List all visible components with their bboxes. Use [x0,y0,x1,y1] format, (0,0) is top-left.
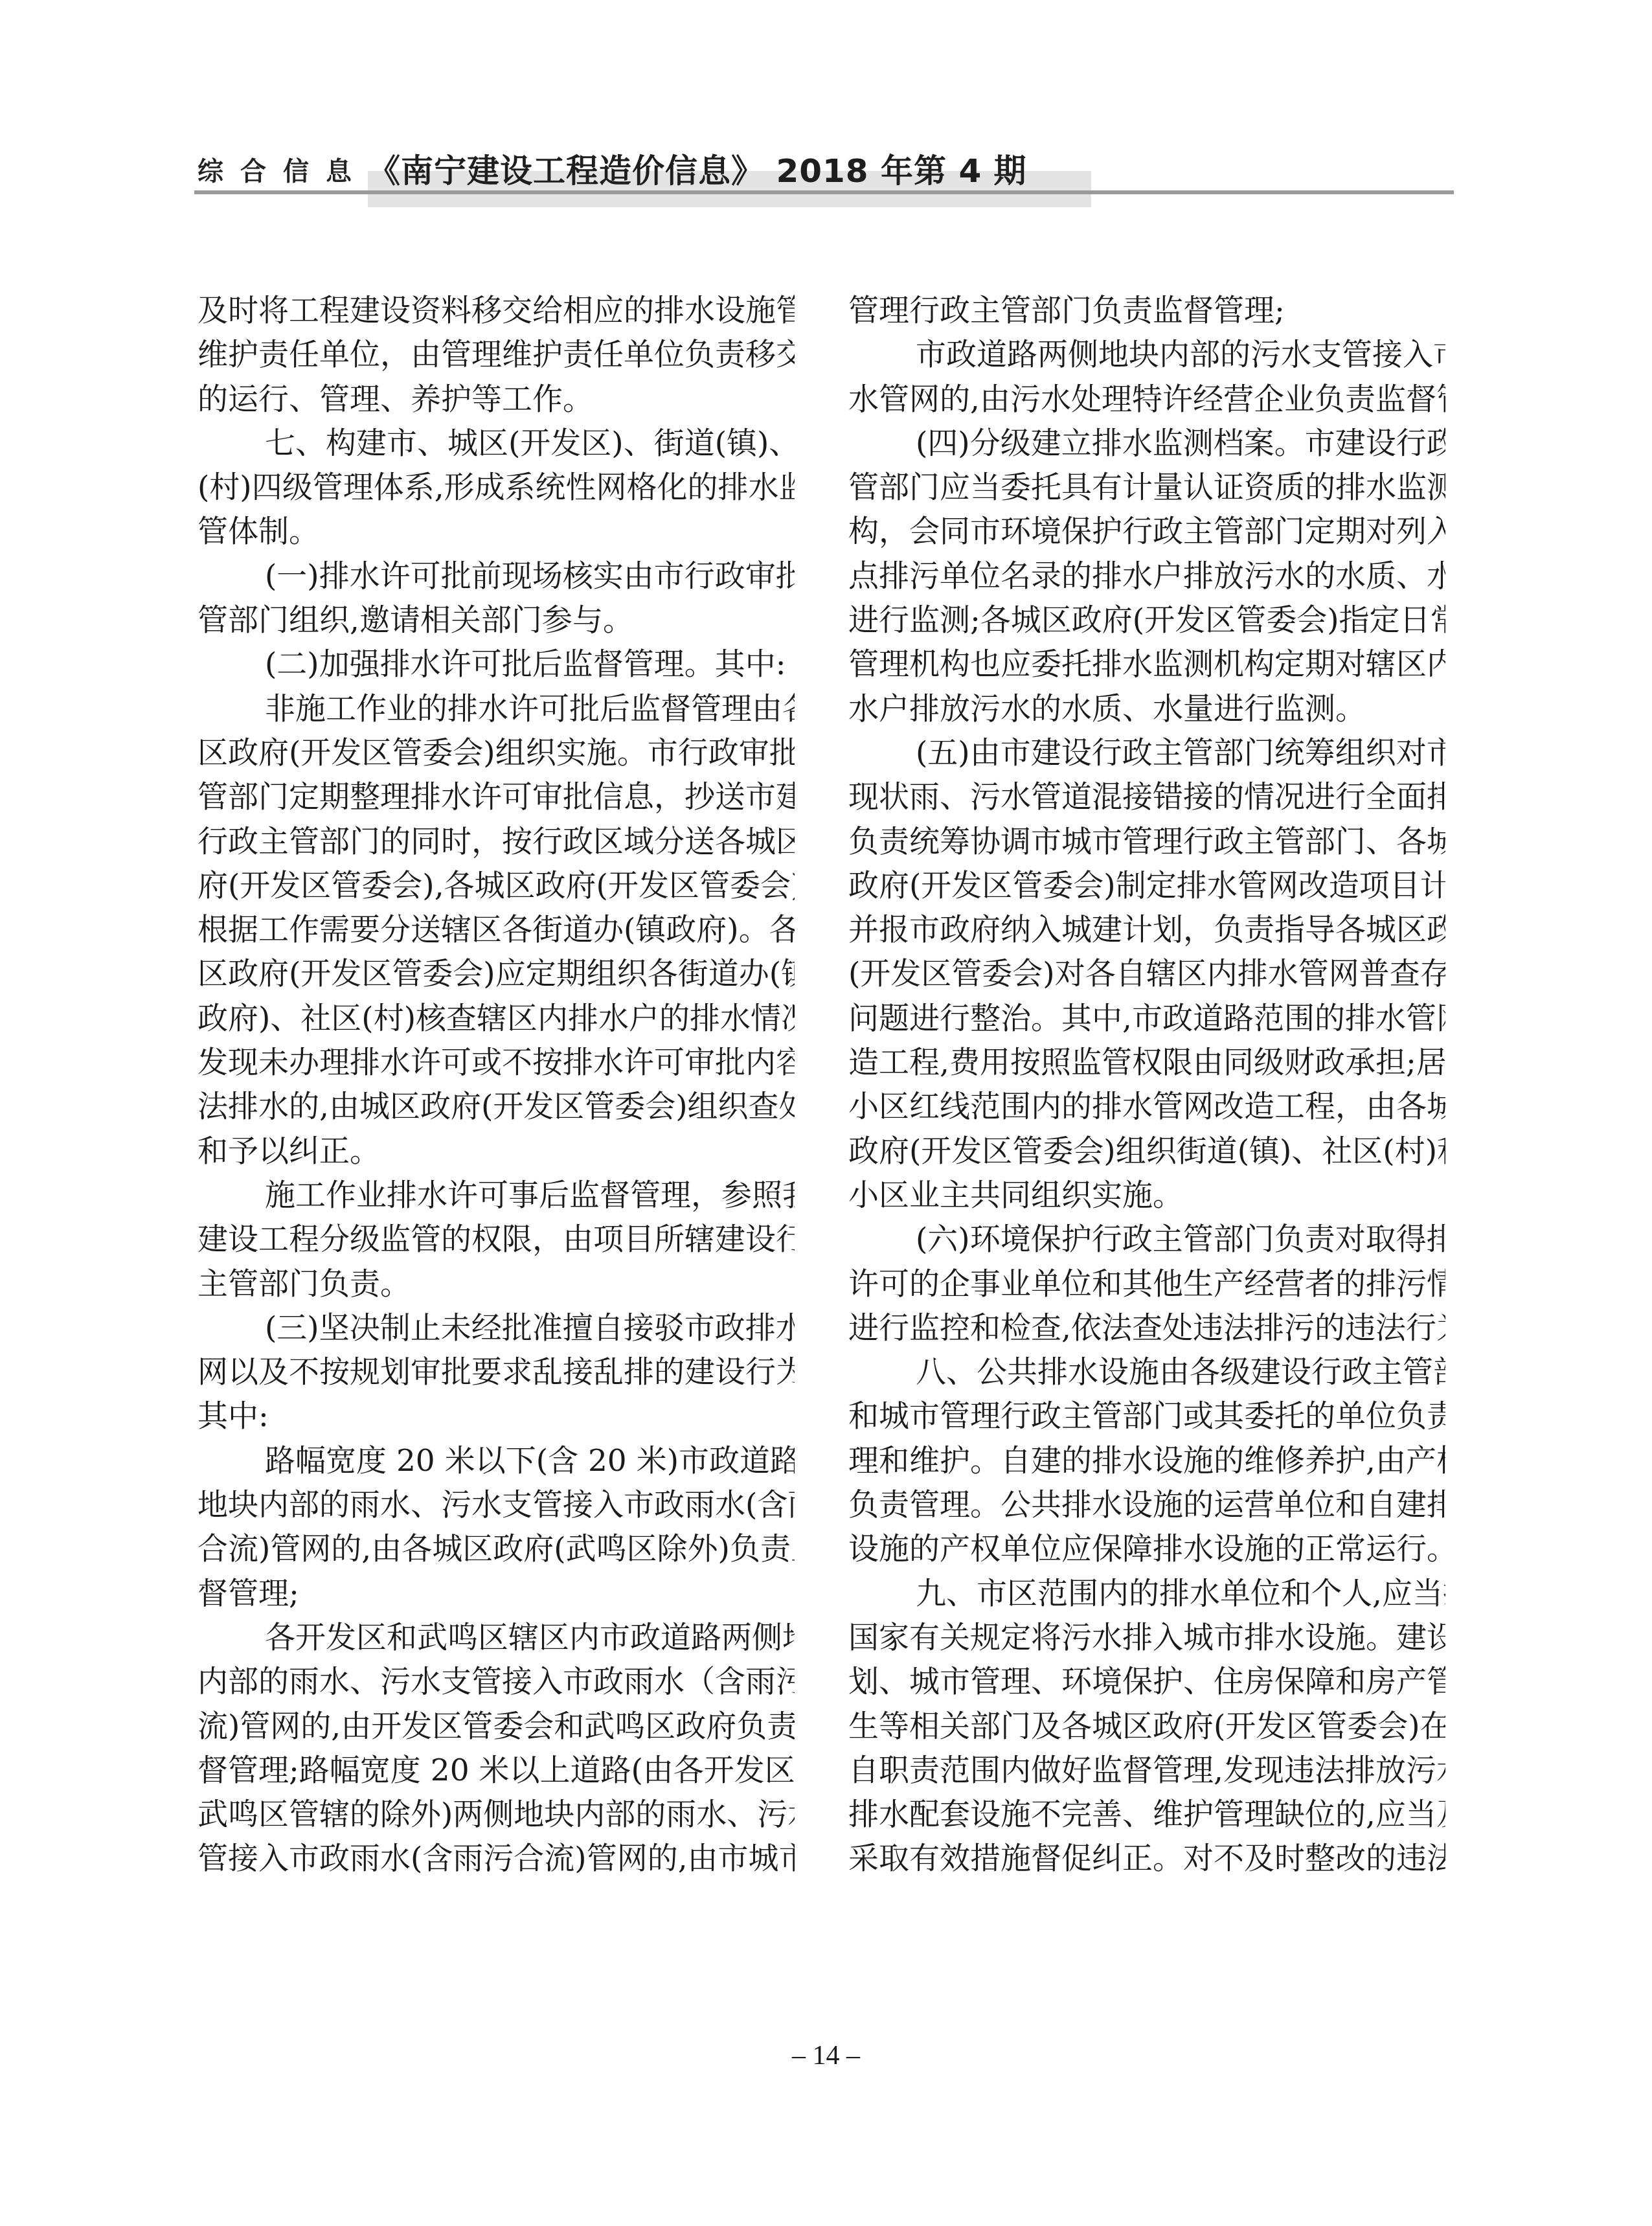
text-line: 划、城市管理、环境保护、住房保障和房产管理、卫 [848,1660,1445,1704]
header-publication-title: 《南宁建设工程造价信息》 2018 年第 4 期 [368,152,1027,190]
text-line: 国家有关规定将污水排入城市排水设施。建设、规 [848,1616,1445,1660]
text-line: 地块内部的雨水、污水支管接入市政雨水(含雨污 [198,1483,795,1527]
text-line: 内部的雨水、污水支管接入市政雨水（含雨污合 [198,1660,795,1704]
text-line: (二)加强排水许可批后监督管理。其中: [198,642,795,687]
text-line: 区政府(开发区管委会)应定期组织各街道办(镇 [198,952,795,996]
header-section-label: 综合信息 [198,155,368,188]
text-line: 自职责范围内做好监督管理,发现违法排放污水、 [848,1749,1445,1793]
page-number: – 14 – [0,2040,1652,2071]
paragraph: 管理行政主管部门负责监督管理; [848,289,1445,333]
paragraph: 非施工作业的排水许可批后监督管理由各城区政府(开发区管委会)组织实施。市行政审批… [198,687,795,1174]
text-line: (三)坚决制止未经批准擅自接驳市政排水管 [198,1306,795,1350]
paragraph: (二)加强排水许可批后监督管理。其中: [198,642,795,687]
paragraph: (五)由市建设行政主管部门统筹组织对市区现状雨、污水管道混接错接的情况进行全面排… [848,731,1445,1218]
paragraph: 八、公共排水设施由各级建设行政主管部门和城市管理行政主管部门或其委托的单位负责管… [848,1350,1445,1571]
text-line: 主管部门负责。 [198,1262,795,1306]
text-line: 点排污单位名录的排水户排放污水的水质、水量 [848,554,1445,598]
text-line: 九、市区范围内的排水单位和个人,应当按照 [848,1572,1445,1616]
text-line: 构，会同市环境保护行政主管部门定期对列入重 [848,510,1445,554]
text-line: (六)环境保护行政主管部门负责对取得排污 [848,1218,1445,1262]
text-line: (村)四级管理体系,形成系统性网格化的排水监 [198,466,795,510]
paragraph: 各开发区和武鸣区辖区内市政道路两侧地块内部的雨水、污水支管接入市政雨水（含雨污合… [198,1616,795,1881]
text-line: 管部门组织,邀请相关部门参与。 [198,598,795,642]
text-line: 政府(开发区管委会)制定排水管网改造项目计划 [848,864,1445,908]
text-line: 管体制。 [198,510,795,554]
text-line: 各开发区和武鸣区辖区内市政道路两侧地块 [198,1616,795,1660]
text-line: 和城市管理行政主管部门或其委托的单位负责管 [848,1394,1445,1438]
text-line: 网以及不按规划审批要求乱接乱排的建设行为。 [198,1350,795,1394]
text-line: 管理行政主管部门负责监督管理; [848,289,1445,333]
paragraph: 及时将工程建设资料移交给相应的排水设施管理维护责任单位，由管理维护责任单位负责移… [198,289,795,422]
text-line: 发现未办理排水许可或不按排水许可审批内容违 [198,1041,795,1085]
text-line: 管部门应当委托具有计量认证资质的排水监测机 [848,466,1445,510]
text-line: 路幅宽度 20 米以下(含 20 米)市政道路两侧 [198,1439,795,1483]
text-line: 流)管网的,由开发区管委会和武鸣区政府负责监 [198,1705,795,1749]
text-line: 水管网的,由污水处理特许经营企业负责监督管理。 [848,378,1445,422]
text-line: 现状雨、污水管道混接错接的情况进行全面排查, [848,775,1445,819]
text-line: 水户排放污水的水质、水量进行监测。 [848,687,1445,731]
text-line: 设施的产权单位应保障排水设施的正常运行。 [848,1527,1445,1571]
text-line: 许可的企事业单位和其他生产经营者的排污情况 [848,1262,1445,1306]
paragraph: 九、市区范围内的排水单位和个人,应当按照国家有关规定将污水排入城市排水设施。建设… [848,1572,1445,1881]
text-line: 管接入市政雨水(含雨污合流)管网的,由市城市 [198,1837,795,1881]
text-line: 并报市政府纳入城建计划，负责指导各城区政府 [848,908,1445,952]
text-line: 七、构建市、城区(开发区)、街道(镇)、社区 [198,422,795,466]
text-line: 法排水的,由城区政府(开发区管委会)组织查处 [198,1085,795,1129]
text-line: 政府)、社区(村)核查辖区内排水户的排水情况, [198,997,795,1041]
paragraph: (四)分级建立排水监测档案。市建设行政主管部门应当委托具有计量认证资质的排水监测… [848,422,1445,731]
text-line: 及时将工程建设资料移交给相应的排水设施管理 [198,289,795,333]
text-line: 负责统筹协调市城市管理行政主管部门、各城区 [848,820,1445,864]
text-line: 问题进行整治。其中,市政道路范围的排水管网改 [848,997,1445,1041]
paragraph: 七、构建市、城区(开发区)、街道(镇)、社区(村)四级管理体系,形成系统性网格化… [198,422,795,554]
text-line: 维护责任单位，由管理维护责任单位负责移交后 [198,333,795,377]
text-line: 进行监控和检查,依法查处违法排污的违法行为。 [848,1306,1445,1350]
paragraph: (三)坚决制止未经批准擅自接驳市政排水管网以及不按规划审批要求乱接乱排的建设行为… [198,1306,795,1439]
text-line: 小区业主共同组织实施。 [848,1174,1445,1218]
text-line: 合流)管网的,由各城区政府(武鸣区除外)负责监 [198,1527,795,1571]
text-line: 督管理; [198,1572,795,1616]
text-line: 采取有效措施督促纠正。对不及时整改的违法行 [848,1837,1445,1881]
text-line: 行政主管部门的同时，按行政区域分送各城区政 [198,820,795,864]
text-line: (五)由市建设行政主管部门统筹组织对市区 [848,731,1445,775]
text-line: 排水配套设施不完善、维护管理缺位的,应当及时 [848,1793,1445,1837]
text-line: 区政府(开发区管委会)组织实施。市行政审批主 [198,731,795,775]
text-line: 市政道路两侧地块内部的污水支管接入市政污 [848,333,1445,377]
text-line: 理和维护。自建的排水设施的维修养护,由产权人 [848,1439,1445,1483]
text-line: 的运行、管理、养护等工作。 [198,378,795,422]
paragraph: 路幅宽度 20 米以下(含 20 米)市政道路两侧地块内部的雨水、污水支管接入市… [198,1439,795,1616]
text-line: 管理机构也应委托排水监测机构定期对辖区内排 [848,642,1445,687]
text-line: 负责管理。公共排水设施的运营单位和自建排水 [848,1483,1445,1527]
text-line: 造工程,费用按照监管权限由同级财政承担;居民 [848,1041,1445,1085]
paragraph: (六)环境保护行政主管部门负责对取得排污许可的企事业单位和其他生产经营者的排污情… [848,1218,1445,1350]
text-line: (开发区管委会)对各自辖区内排水管网普查存在 [848,952,1445,996]
paragraph: 施工作业排水许可事后监督管理，参照我市建设工程分级监管的权限，由项目所辖建设行政… [198,1174,795,1306]
text-line: 和予以纠正。 [198,1130,795,1174]
text-line: 八、公共排水设施由各级建设行政主管部门 [848,1350,1445,1394]
text-line: 施工作业排水许可事后监督管理，参照我市 [198,1174,795,1218]
text-line: 小区红线范围内的排水管网改造工程，由各城区 [848,1085,1445,1129]
text-line: 建设工程分级监管的权限，由项目所辖建设行政 [198,1218,795,1262]
left-column: 及时将工程建设资料移交给相应的排水设施管理维护责任单位，由管理维护责任单位负责移… [198,289,795,1881]
text-line: (一)排水许可批前现场核实由市行政审批主 [198,554,795,598]
text-line: 非施工作业的排水许可批后监督管理由各城 [198,687,795,731]
text-line: 其中: [198,1394,795,1438]
text-line: 府(开发区管委会),各城区政府(开发区管委会) [198,864,795,908]
right-column: 管理行政主管部门负责监督管理;市政道路两侧地块内部的污水支管接入市政污水管网的,… [848,289,1445,1881]
running-header: 综合信息 《南宁建设工程造价信息》 2018 年第 4 期 [194,146,1454,192]
text-line: 生等相关部门及各城区政府(开发区管委会)在各 [848,1705,1445,1749]
text-line: 武鸣区管辖的除外)两侧地块内部的雨水、污水支 [198,1793,795,1837]
header-rule-divider [194,190,1454,194]
text-line: (四)分级建立排水监测档案。市建设行政主 [848,422,1445,466]
paragraph: (一)排水许可批前现场核实由市行政审批主管部门组织,邀请相关部门参与。 [198,554,795,643]
text-line: 进行监测;各城区政府(开发区管委会)指定日常 [848,598,1445,642]
text-line: 根据工作需要分送辖区各街道办(镇政府)。各城 [198,908,795,952]
text-line: 督管理;路幅宽度 20 米以上道路(由各开发区和 [198,1749,795,1793]
text-line: 政府(开发区管委会)组织街道(镇)、社区(村)和 [848,1130,1445,1174]
paragraph: 市政道路两侧地块内部的污水支管接入市政污水管网的,由污水处理特许经营企业负责监督… [848,333,1445,422]
text-line: 管部门定期整理排水许可审批信息，抄送市建设 [198,775,795,819]
